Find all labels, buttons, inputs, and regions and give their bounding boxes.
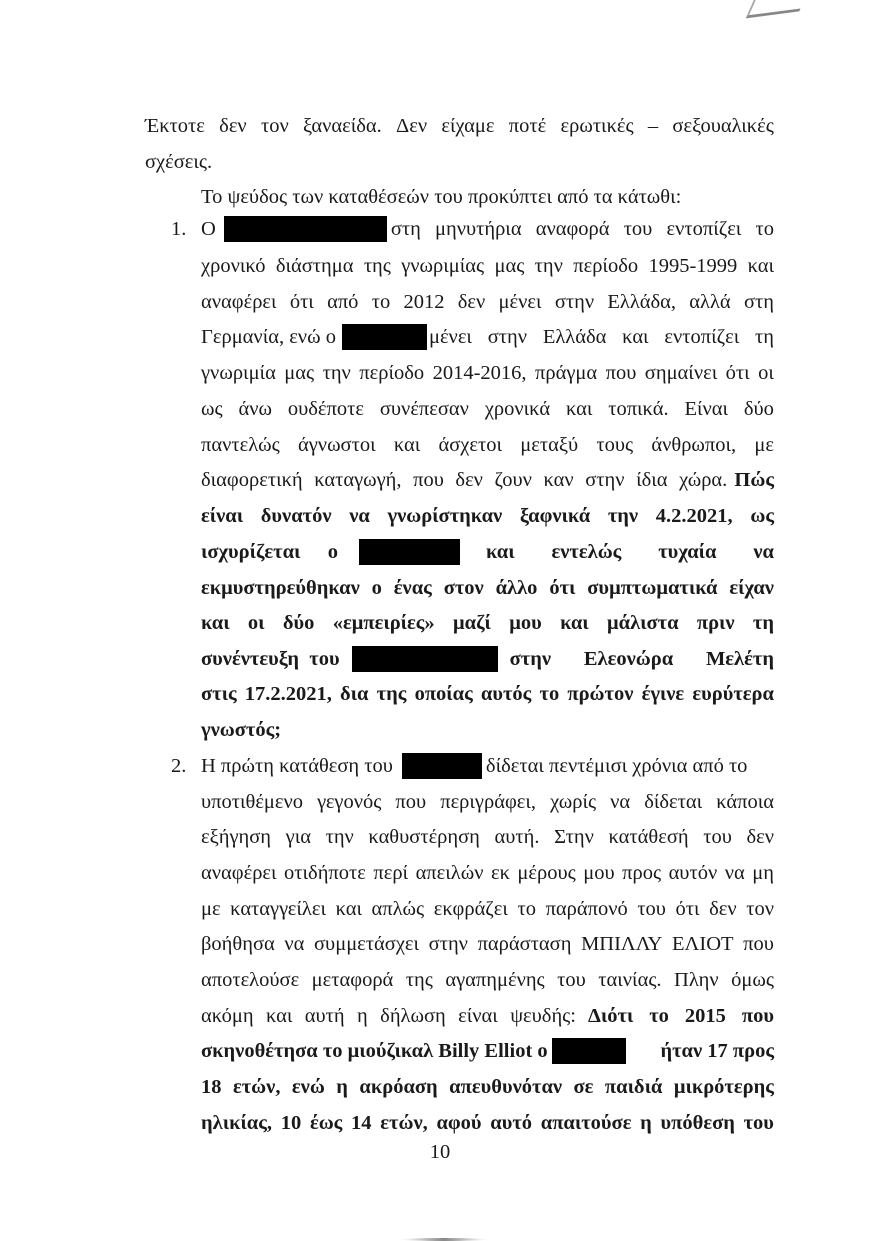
word: ότι <box>290 288 314 316</box>
item2-line-11: ηλικίας,10έως14ετών,αφούαυτόαπαιτούσεηυπ… <box>201 1109 774 1137</box>
word: Έκτοτε <box>145 112 205 140</box>
word: Πλην <box>674 966 719 994</box>
word: μένει <box>499 288 542 316</box>
word: μας <box>284 359 314 387</box>
word: απευθυνόταν <box>449 1073 562 1101</box>
text: διαφορετικήκαταγωγή,πουδενζουνκανστηνίδι… <box>201 466 727 494</box>
word: γνωριμίας <box>401 252 484 280</box>
word: εξήγηση <box>201 823 271 851</box>
word: παράσταση <box>478 930 572 958</box>
redaction-bar <box>359 539 460 565</box>
word: στον <box>444 574 484 602</box>
word: 2014-2016, <box>433 359 527 387</box>
word: δεν <box>455 466 483 494</box>
word: 1995-1999 <box>648 252 737 280</box>
word: σε <box>574 1073 594 1101</box>
word: που <box>742 1002 774 1030</box>
word: του <box>637 895 666 923</box>
word: ερωτικές <box>560 112 633 140</box>
word: ο <box>328 538 338 566</box>
word: δύο <box>744 395 774 423</box>
word: Μελέτη <box>706 645 774 673</box>
redaction-bar <box>224 216 387 242</box>
word: 2012 <box>403 288 444 316</box>
text: Πώς <box>734 466 774 494</box>
word: στην <box>555 288 594 316</box>
text: δίδεται πεντέμισι χρόνια από το <box>486 752 748 780</box>
word: πριν <box>697 609 735 637</box>
text: καιεντελώςτυχαίανα <box>486 538 774 566</box>
word: είναι <box>458 1002 498 1030</box>
word: ποτέ <box>509 112 546 140</box>
item1-line-9: είναιδυνατόνναγνωρίστηκανξαφνικάτην4.2.2… <box>201 502 774 530</box>
word: στη <box>391 215 421 243</box>
item2-line-7: αποτελούσεμεταφοράτηςαγαπημένηςτουταινία… <box>201 966 774 994</box>
word: στην <box>510 645 551 673</box>
word: ξαφνικά <box>520 502 590 530</box>
word: την <box>326 823 354 851</box>
item1-line-11: εκμυστηρεύθηκανοέναςστονάλλοότισυμπτωματ… <box>201 574 774 602</box>
text: στημηνυτήριααναφοράτουεντοπίζειτο <box>391 215 774 243</box>
word: πράγμα <box>535 359 597 387</box>
word: ουδέποτε <box>288 395 364 423</box>
word: τον <box>746 895 774 923</box>
word: και <box>560 609 589 637</box>
item1-line-12: καιοιδύο«εμπειρίες»μαζίμουκαιμάλισταπριν… <box>201 609 774 637</box>
word: το <box>540 680 560 708</box>
word: σεξουαλικές <box>672 112 773 140</box>
word: αυτόν <box>669 859 718 887</box>
word: έγινε <box>642 680 685 708</box>
word: παράπονό <box>546 895 628 923</box>
word: μηνυτήρια <box>435 215 522 243</box>
item1-line-4: Γερμανία, ενώ ο μένειστηνΕλλάδακαιεντοπί… <box>201 323 774 351</box>
word: μένει <box>429 323 472 351</box>
text: μένειστηνΕλλάδακαιεντοπίζειτη <box>429 323 774 351</box>
item1-line-2: χρονικόδιάστηματηςγνωριμίαςμαςτηνπερίοδο… <box>201 252 774 280</box>
word: ΕΛΙΟΤ <box>672 930 734 958</box>
word: εντοπίζει <box>664 323 739 351</box>
redaction-bar <box>402 753 482 779</box>
word: άνθρωποι, <box>651 431 736 459</box>
word: ότι <box>726 359 750 387</box>
word: του <box>624 215 653 243</box>
word: της <box>364 252 391 280</box>
text: γνωστός; <box>201 716 281 744</box>
item2-line-10: 18ετών,ενώηακρόασηαπευθυνότανσεπαιδιάμικ… <box>201 1073 774 1101</box>
word: εκ <box>491 859 510 887</box>
item2-line-5: μεκαταγγείλεικαιαπλώςεκφράζειτοπαράπονότ… <box>201 895 774 923</box>
word: γεγονός <box>317 788 381 816</box>
word: δια <box>340 680 368 708</box>
item1-line-8: διαφορετικήκαταγωγή,πουδενζουνκανστηνίδι… <box>201 466 774 494</box>
word: ισχυρίζεται <box>201 538 300 566</box>
word: 2015 <box>685 1002 726 1030</box>
word: προς <box>622 859 661 887</box>
word: χρονικό <box>201 252 266 280</box>
word: το <box>755 215 774 243</box>
item1-line-6: ωςάνωουδέποτεσυνέπεσανχρονικάκαιτοπικά.Ε… <box>201 395 774 423</box>
word: δυνατόν <box>261 502 332 530</box>
word: κατάθεσή <box>609 823 689 851</box>
word: ως <box>201 395 223 423</box>
word: με <box>754 431 774 459</box>
item2-line-1: Η πρώτη κατάθεση του δίδεται πεντέμισι χ… <box>201 752 774 780</box>
word: παντελώς <box>201 431 280 459</box>
item1-line-1: Ο στημηνυτήριααναφοράτουεντοπίζειτο <box>201 215 774 243</box>
word: ακόμη <box>201 1002 254 1030</box>
word: Δεν <box>396 112 427 140</box>
word: που <box>606 359 637 387</box>
word: καθυστέρηση <box>368 823 479 851</box>
item2-line-2: υποτιθέμενογεγονόςπουπεριγράφει,χωρίςναδ… <box>201 788 774 816</box>
word: Διότι <box>588 1002 633 1030</box>
word: – <box>648 112 658 140</box>
word: και <box>748 252 774 280</box>
word: και <box>201 609 230 637</box>
text: Το ψεύδος των καταθέσεών του προκύπτει α… <box>201 183 681 211</box>
word: του <box>557 966 586 994</box>
word: αποτελούσε <box>201 966 299 994</box>
word: η <box>640 1109 652 1137</box>
word: ότι <box>676 895 700 923</box>
word: μας <box>494 252 524 280</box>
word: διαφορετική <box>201 466 303 494</box>
word: 17.2.2021, <box>245 680 332 708</box>
item2-line-6: βοήθησανασυμμετάσχειστηνπαράστασηΜΠΙΛΛΥΕ… <box>201 930 774 958</box>
word: οποίας <box>415 680 473 708</box>
word: παιδιά <box>605 1073 662 1101</box>
word: που <box>413 466 444 494</box>
word: να <box>349 502 370 530</box>
word: τη <box>753 609 774 637</box>
text: Ο <box>201 215 216 243</box>
word: δεν <box>219 112 247 140</box>
word: 14 <box>351 1109 372 1137</box>
intro-line-2: σχέσεις. <box>145 148 212 176</box>
word: υποτιθέμενο <box>201 788 303 816</box>
word: δίδεται <box>644 788 702 816</box>
word: ακρόαση <box>359 1073 437 1101</box>
word: μου <box>509 609 542 637</box>
word: μη <box>752 859 774 887</box>
word: μαζί <box>453 609 491 637</box>
word: βοήθησα <box>201 930 275 958</box>
word: ότι <box>549 574 575 602</box>
intro-line-3: Το ψεύδος των καταθέσεών του προκύπτει α… <box>201 183 681 211</box>
item1-line-14: στις17.2.2021,διατηςοποίαςαυτόςτοπρώτονέ… <box>201 680 774 708</box>
text: ήταν 17 προς <box>660 1037 774 1065</box>
word: και <box>566 395 592 423</box>
word: απαιτούσε <box>541 1109 632 1137</box>
text: στηνΕλεονώραΜελέτη <box>510 645 774 673</box>
word: και <box>486 538 515 566</box>
word: του <box>744 1109 774 1137</box>
text: ακόμηκαιαυτήηδήλωσηείναιψευδής: <box>201 1002 576 1030</box>
word: μεταξύ <box>520 431 578 459</box>
word: δεν <box>746 823 774 851</box>
text: Γερμανία, ενώ ο <box>201 323 336 351</box>
word: αλλά <box>689 288 730 316</box>
word: να <box>725 859 745 887</box>
word: και <box>336 895 362 923</box>
word: την <box>608 502 638 530</box>
word: οι <box>758 359 774 387</box>
word: μέρους <box>517 859 575 887</box>
word: Ελλάδα <box>543 323 607 351</box>
word: συμμετάσχει <box>314 930 419 958</box>
word: ετών, <box>233 1073 280 1101</box>
word: Είναι <box>684 395 728 423</box>
word: αγαπημένης <box>445 966 544 994</box>
word: τον <box>261 112 289 140</box>
word: και <box>622 323 648 351</box>
word: περί <box>373 859 408 887</box>
word: στην <box>488 323 527 351</box>
word: ταινίας. <box>598 966 661 994</box>
word: η <box>336 1073 348 1101</box>
word: να <box>753 538 774 566</box>
word: και <box>394 431 420 459</box>
word: την <box>535 252 563 280</box>
word: ένας <box>394 574 432 602</box>
word: το <box>649 1002 669 1030</box>
list-item-number-1: 1. <box>171 215 186 243</box>
word: από <box>327 288 358 316</box>
word: ευρύτερα <box>692 680 774 708</box>
word: έως <box>310 1109 342 1137</box>
text: Η πρώτη κατάθεση του <box>201 752 393 780</box>
word: ενώ <box>292 1073 325 1101</box>
word: υπόθεση <box>661 1109 735 1137</box>
word: Ελλάδα, <box>607 288 676 316</box>
item2-line-8: ακόμηκαιαυτήηδήλωσηείναιψευδής: Διότιτο2… <box>201 1002 774 1030</box>
word: δεν <box>458 288 486 316</box>
word: ΜΠΙΛΛΥ <box>581 930 662 958</box>
word: ίδια <box>636 466 667 494</box>
word: τους <box>596 431 633 459</box>
scan-corner-mark <box>746 0 809 18</box>
item2-line-3: εξήγησηγιατηνκαθυστέρησηαυτή.Στηνκατάθεσ… <box>201 823 774 851</box>
word: απλώς <box>372 895 425 923</box>
word: χρονικά <box>485 395 550 423</box>
intro-line-1: Έκτοτεδεντονξαναείδα.Δενείχαμεποτέερωτικ… <box>145 112 774 140</box>
word: εκμυστηρεύθηκαν <box>201 574 360 602</box>
word: 4.2.2021, <box>656 502 733 530</box>
word: συνέπεσαν <box>380 395 469 423</box>
word: στην <box>429 930 468 958</box>
word: σημαίνει <box>645 359 717 387</box>
word: απειλών <box>416 859 484 887</box>
word: αναφέρει <box>201 288 277 316</box>
word: στη <box>744 288 774 316</box>
word: στις <box>201 680 237 708</box>
redaction-bar <box>552 1038 626 1064</box>
word: 18 <box>201 1073 222 1101</box>
word: ο <box>372 574 382 602</box>
word: ως <box>750 502 774 530</box>
word: του <box>703 823 732 851</box>
item1-line-10: ισχυρίζεταιο καιεντελώςτυχαίανα <box>201 538 774 566</box>
word: μικρότερης <box>674 1073 774 1101</box>
word: αυτό <box>490 1109 532 1137</box>
text: σχέσεις. <box>145 148 212 176</box>
word: της <box>406 966 433 994</box>
word: χωρίς <box>550 788 596 816</box>
word: στην <box>585 466 624 494</box>
text: σκηνοθέτησα το μιούζικαλ Billy Elliot ο <box>201 1037 548 1065</box>
word: εντελώς <box>552 538 622 566</box>
word: που <box>395 788 426 816</box>
word: χώρα. <box>679 466 727 494</box>
item2-line-9: σκηνοθέτησα το μιούζικαλ Billy Elliot ο … <box>201 1037 774 1065</box>
word: άνω <box>238 395 272 423</box>
word: δήλωση <box>380 1002 446 1030</box>
word: περιγράφει, <box>440 788 536 816</box>
word: εκφράζει <box>434 895 508 923</box>
word: για <box>286 823 311 851</box>
word: μάλιστα <box>607 609 679 637</box>
word: δύο <box>283 609 315 637</box>
word: ετών, <box>380 1109 427 1137</box>
word: κάποια <box>716 788 774 816</box>
text: συνέντευξη του <box>201 645 340 673</box>
word: να <box>610 788 630 816</box>
word: ψευδής: <box>510 1002 576 1030</box>
word: να <box>284 930 304 958</box>
word: καν <box>543 466 573 494</box>
word: τη <box>755 323 774 351</box>
word: το <box>518 895 537 923</box>
word: οι <box>248 609 265 637</box>
word: τυχαία <box>658 538 716 566</box>
item1-line-15: γνωστός; <box>201 716 281 744</box>
word: καταγγείλει <box>230 895 326 923</box>
word: τοπικά. <box>608 395 668 423</box>
word: την <box>323 359 351 387</box>
word: το <box>372 288 391 316</box>
word: μεταφορά <box>312 966 394 994</box>
item2-line-4: αναφέρειοτιδήποτεπερίαπειλώνεκμέρουςμουπ… <box>201 859 774 887</box>
item1-line-13: συνέντευξη του στηνΕλεονώραΜελέτη <box>201 645 774 673</box>
word: που <box>743 930 774 958</box>
word: συμπτωματικά <box>587 574 717 602</box>
item1-line-7: παντελώςάγνωστοικαιάσχετοιμεταξύτουςάνθρ… <box>201 431 774 459</box>
word: ηλικίας, <box>201 1109 272 1137</box>
word: «εμπειρίες» <box>333 609 435 637</box>
word: αφού <box>436 1109 481 1137</box>
word: οτιδήποτε <box>284 859 366 887</box>
word: αυτός <box>481 680 531 708</box>
redaction-bar <box>352 646 498 672</box>
word: ζουν <box>495 466 532 494</box>
word: αναφέρει <box>201 859 277 887</box>
word: και <box>266 1002 292 1030</box>
word: είχαμε <box>441 112 494 140</box>
word: περίοδο <box>359 359 424 387</box>
list-item-number-2: 2. <box>171 752 186 780</box>
word: διάστημα <box>276 252 354 280</box>
word: δεν <box>709 895 737 923</box>
text: ισχυρίζεταιο <box>201 538 338 566</box>
text: Διότιτο2015που <box>588 1002 774 1030</box>
word: περίοδο <box>573 252 638 280</box>
word: μου <box>583 859 614 887</box>
page-number: 10 <box>0 1141 880 1164</box>
word: γνωρίστηκαν <box>388 502 503 530</box>
word: Στην <box>554 823 594 851</box>
word: της <box>377 680 407 708</box>
word: όμως <box>731 966 774 994</box>
word: 10 <box>281 1109 302 1137</box>
word: άλλο <box>496 574 538 602</box>
word: ξαναείδα. <box>303 112 382 140</box>
word: άσχετοι <box>439 431 503 459</box>
redaction-bar <box>342 324 427 350</box>
word: αυτή <box>305 1002 345 1030</box>
word: πρώτον <box>567 680 633 708</box>
word: καταγωγή, <box>314 466 401 494</box>
item1-line-3: αναφέρειότιαπότο2012δενμένειστηνΕλλάδα,α… <box>201 288 774 316</box>
word: αυτή. <box>495 823 540 851</box>
word: η <box>357 1002 368 1030</box>
word: είναι <box>201 502 243 530</box>
word: αναφορά <box>536 215 610 243</box>
word: γνωριμία <box>201 359 276 387</box>
word: είχαν <box>729 574 774 602</box>
item1-line-5: γνωριμίαμαςτηνπερίοδο2014-2016,πράγμαπου… <box>201 359 774 387</box>
word: άγνωστοι <box>298 431 376 459</box>
word: Ελεονώρα <box>584 645 673 673</box>
word: με <box>201 895 221 923</box>
word: εντοπίζει <box>666 215 741 243</box>
